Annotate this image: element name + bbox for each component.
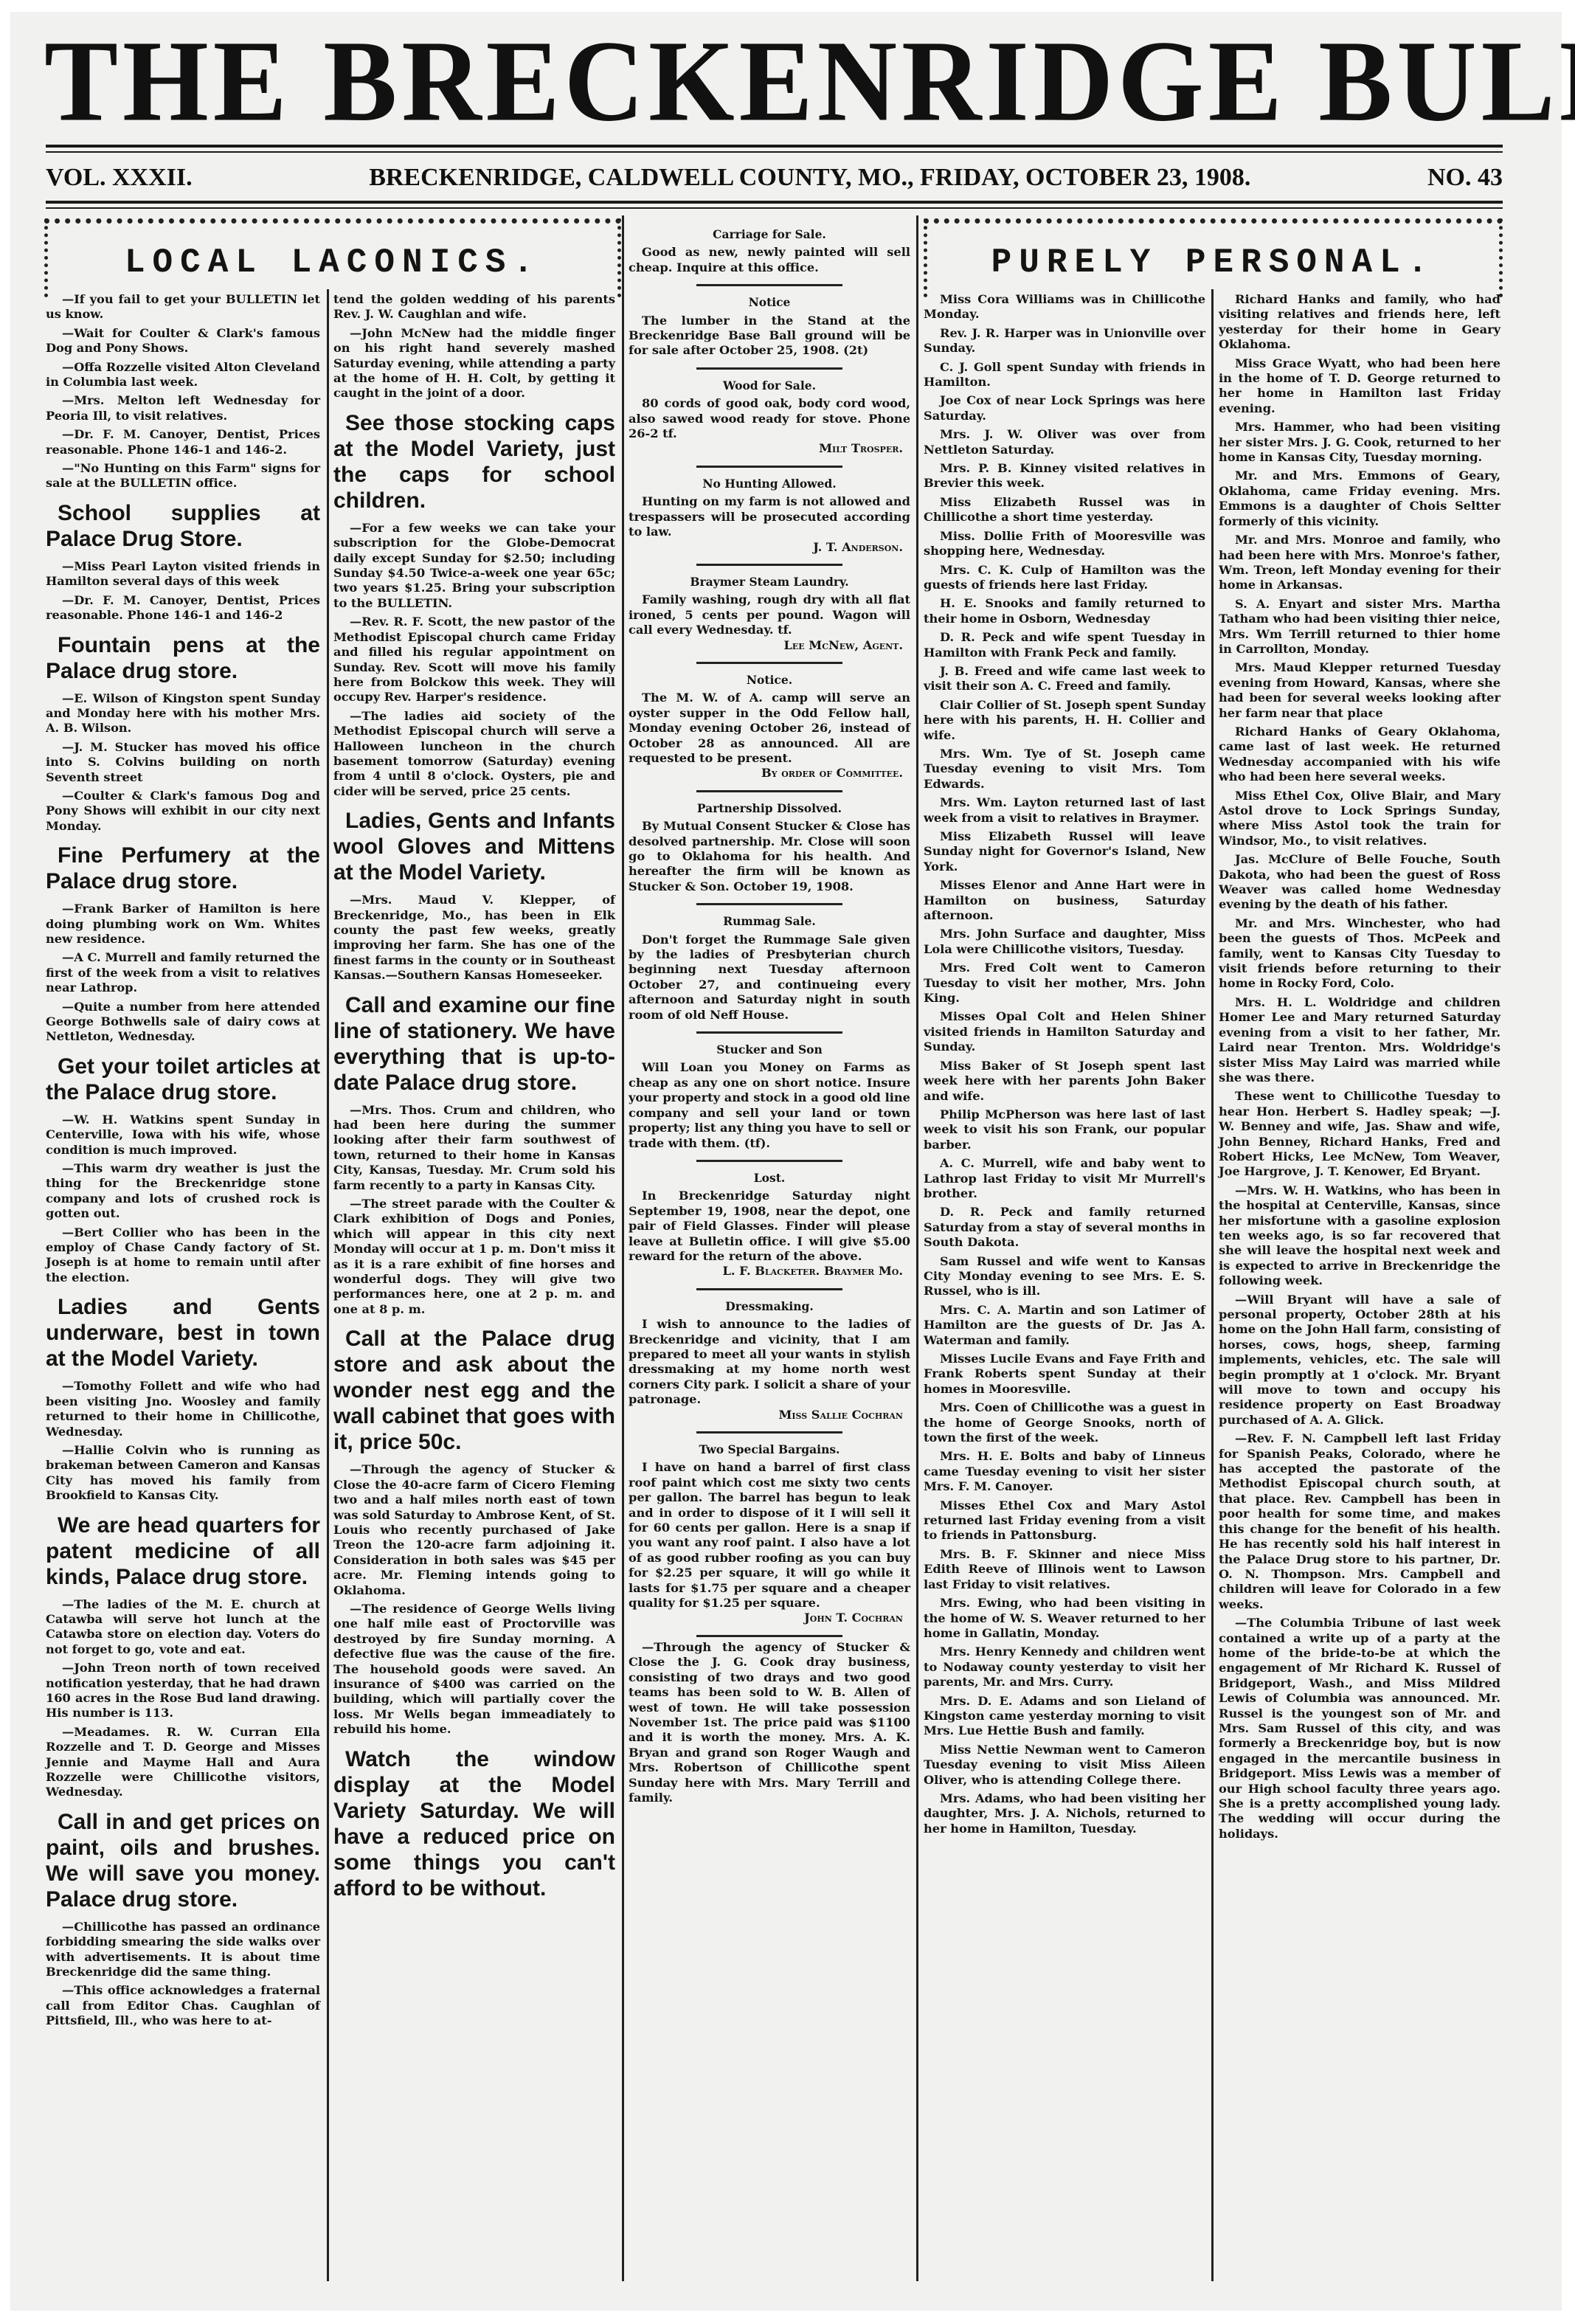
divider	[696, 1160, 843, 1162]
masthead-title: THE BRECKENRIDGE BULLETIN.	[44, 27, 1512, 136]
classified-notice: Carriage for Sale.Good as new, newly pai…	[629, 227, 910, 275]
notice-body: By Mutual Consent Stucker & Close has de…	[629, 819, 910, 894]
notice-body: Hunting on my farm is not allowed and tr…	[629, 494, 910, 539]
personal-item: J. B. Freed and wife came last week to v…	[924, 664, 1205, 694]
advertisement: Call at the Palace drug store and ask ab…	[333, 1326, 615, 1455]
personal-item: Rev. J. R. Harper was in Unionville over…	[924, 326, 1205, 356]
news-item: —For a few weeks we can take your subscr…	[333, 521, 615, 611]
classified-notice: Wood for Sale.80 cords of good oak, body…	[629, 367, 910, 457]
personal-item: Mrs. C. K. Culp of Hamilton was the gues…	[924, 563, 1205, 593]
advertisement: Call in and get prices on paint, oils an…	[46, 1809, 320, 1912]
divider	[696, 1288, 843, 1290]
personal-item: Misses Opal Colt and Helen Shiner visite…	[924, 1009, 1205, 1054]
news-item: tend the golden wedding of his parents R…	[333, 292, 615, 322]
column-rule-3	[916, 215, 918, 2281]
classified-notice: Notice.The M. W. of A. camp will serve a…	[629, 662, 910, 781]
personal-item: Sam Russel and wife went to Kansas City …	[924, 1254, 1205, 1299]
notice-body: In Breckenridge Saturday night September…	[629, 1189, 910, 1264]
news-item: —The street parade with the Coulter & Cl…	[333, 1197, 615, 1317]
news-item: —J. M. Stucker has moved his office into…	[46, 740, 320, 785]
section-heading-local-laconics: LOCAL LACONICS.	[48, 244, 617, 281]
personal-item: Mrs. Wm. Layton returned last of last we…	[924, 795, 1205, 826]
personal-item: Mrs. D. E. Adams and son Lieland of King…	[924, 1694, 1205, 1739]
classified-notice: Stucker and SonWill Loan you Money on Fa…	[629, 1031, 910, 1151]
column-classifieds: Carriage for Sale.Good as new, newly pai…	[629, 218, 910, 1805]
personal-item: —Will Bryant will have a sale of persona…	[1219, 1293, 1500, 1428]
news-item: —E. Wilson of Kingston spent Sunday and …	[46, 691, 320, 736]
news-item: —Dr. F. M. Canoyer, Dentist, Prices reas…	[46, 427, 320, 457]
notice-heading: Rummag Sale.	[629, 914, 910, 929]
personal-item: Mrs. H. L. Woldridge and children Homer …	[1219, 995, 1500, 1085]
notice-heading: Lost.	[629, 1171, 910, 1186]
column-rule-4	[1211, 289, 1214, 2281]
news-item: —Mrs. Maud V. Klepper, of Breckenridge, …	[333, 893, 615, 983]
advertisement: Fine Perfumery at the Palace drug store.	[46, 843, 320, 894]
notice-signature: L. F. Blacketer. Braymer Mo.	[629, 1264, 903, 1279]
news-item: —John McNew had the middle finger on his…	[333, 326, 615, 401]
column-local-laconics-2: tend the golden wedding of his parents R…	[333, 292, 615, 1909]
personal-item: Mrs. H. E. Bolts and baby of Linneus cam…	[924, 1449, 1205, 1494]
advertisement: We are head quarters for patent medicine…	[46, 1512, 320, 1590]
personal-item: Mr. and Mrs. Monroe and family, who had …	[1219, 533, 1500, 593]
dateline-rule-bottom	[46, 201, 1503, 204]
news-item: —Frank Barker of Hamilton is here doing …	[46, 902, 320, 947]
divider	[696, 903, 843, 905]
personal-item: —Rev. F. N. Campbell left last Friday fo…	[1219, 1431, 1500, 1612]
news-item: —Tomothy Follett and wife who had been v…	[46, 1379, 320, 1439]
column-rule-1	[327, 289, 329, 2281]
personal-item: Joe Cox of near Lock Springs was here Sa…	[924, 393, 1205, 423]
classified-notice: —Through the agency of Stucker & Close t…	[629, 1635, 910, 1805]
classified-notice: Braymer Steam Laundry.Family washing, ro…	[629, 564, 910, 653]
news-item: —Mrs. Melton left Wednesday for Peoria I…	[46, 393, 320, 423]
personal-item: —Mrs. W. H. Watkins, who has been in the…	[1219, 1183, 1500, 1289]
divider	[696, 790, 843, 792]
personal-item: Richard Hanks and family, who had visiti…	[1219, 292, 1500, 353]
notice-heading: No Hunting Allowed.	[629, 477, 910, 491]
news-item: —Mrs. Thos. Crum and children, who had b…	[333, 1103, 615, 1193]
news-item: —This warm dry weather is just the thing…	[46, 1161, 320, 1222]
divider	[696, 662, 843, 664]
masthead-rule-top	[46, 145, 1503, 148]
personal-item: Mrs. Fred Colt went to Cameron Tuesday t…	[924, 961, 1205, 1006]
personal-item: Miss Cora Williams was in Chillicothe Mo…	[924, 292, 1205, 322]
divider	[696, 284, 843, 286]
notice-body: Will Loan you Money on Farms as cheap as…	[629, 1060, 910, 1150]
advertisement: Get your toilet articles at the Palace d…	[46, 1054, 320, 1105]
personal-item: Miss Nettie Newman went to Cameron Tuesd…	[924, 1743, 1205, 1788]
notice-body: Good as new, newly painted will sell che…	[629, 245, 910, 275]
news-item: —This office acknowledges a fraternal ca…	[46, 1983, 320, 2028]
dateline-rule-bottom-thin	[46, 207, 1503, 209]
notice-signature: By order of Committee.	[629, 766, 903, 781]
personal-item: Miss Elizabeth Russel will leave Sunday …	[924, 829, 1205, 874]
personal-item: Mrs. Hammer, who had been visiting her s…	[1219, 420, 1500, 465]
notice-body: The M. W. of A. camp will serve an oyste…	[629, 691, 910, 766]
news-item: —The ladies aid society of the Methodist…	[333, 709, 615, 799]
notice-signature: Lee McNew, Agent.	[629, 638, 903, 653]
news-item: —Rev. R. F. Scott, the new pastor of the…	[333, 615, 615, 705]
advertisement: See those stocking caps at the Model Var…	[333, 410, 615, 513]
divider	[696, 367, 843, 370]
divider	[696, 1031, 843, 1034]
news-item: —Through the agency of Stucker & Close t…	[333, 1462, 615, 1598]
news-item: —Quite a number from here attended Georg…	[46, 1000, 320, 1045]
news-item: —A C. Murrell and family returned the fi…	[46, 950, 320, 995]
column-purely-personal-2: Richard Hanks and family, who had visiti…	[1219, 292, 1500, 1845]
personal-item: Miss. Dollie Frith of Mooresville was sh…	[924, 529, 1205, 559]
personal-item: Mrs. Coen of Chillicothe was a guest in …	[924, 1400, 1205, 1445]
news-item: —W. H. Watkins spent Sunday in Centervil…	[46, 1113, 320, 1158]
news-item: —Bert Collier who has been in the employ…	[46, 1225, 320, 1286]
section-heading-purely-personal: PURELY PERSONAL.	[927, 244, 1499, 281]
notice-body: —Through the agency of Stucker & Close t…	[629, 1640, 910, 1805]
classified-notice: Rummag Sale.Don't forget the Rummage Sal…	[629, 903, 910, 1023]
news-item: —If you fail to get your BULLETIN let us…	[46, 292, 320, 322]
notice-heading: Wood for Sale.	[629, 378, 910, 393]
masthead-rule-top-thin	[46, 151, 1503, 153]
news-item: —John Treon north of town received notif…	[46, 1661, 320, 1721]
news-item: —The ladies of the M. E. church at Cataw…	[46, 1597, 320, 1658]
personal-item: D. R. Peck and family returned Saturday …	[924, 1205, 1205, 1250]
personal-item: S. A. Enyart and sister Mrs. Martha Tath…	[1219, 597, 1500, 657]
notice-heading: Stucker and Son	[629, 1042, 910, 1057]
notice-heading: Carriage for Sale.	[629, 227, 910, 242]
news-item: —Wait for Coulter & Clark's famous Dog a…	[46, 326, 320, 356]
notice-signature: Milt Trosper.	[629, 441, 903, 456]
classified-notice: NoticeThe lumber in the Stand at the Bre…	[629, 284, 910, 359]
news-item: —Coulter & Clark's famous Dog and Pony S…	[46, 789, 320, 834]
personal-item: Miss Ethel Cox, Olive Blair, and Mary As…	[1219, 789, 1500, 849]
notice-heading: Dressmaking.	[629, 1299, 910, 1314]
personal-item: Mrs. Adams, who had been visiting her da…	[924, 1791, 1205, 1836]
news-item: —Hallie Colvin who is running as brakema…	[46, 1443, 320, 1504]
news-item: —Offa Rozzelle visited Alton Cleveland i…	[46, 360, 320, 390]
news-item: —Miss Pearl Layton visited friends in Ha…	[46, 559, 320, 589]
advertisement: School supplies at Palace Drug Store.	[46, 500, 320, 552]
personal-item: —The Columbia Tribune of last week conta…	[1219, 1616, 1500, 1841]
personal-item: Miss Baker of St Joseph spent last week …	[924, 1059, 1205, 1104]
advertisement: Call and examine our fine line of statio…	[333, 992, 615, 1096]
dateline: VOL. XXXII. BRECKENRIDGE, CALDWELL COUNT…	[46, 161, 1503, 195]
divider	[696, 1635, 843, 1637]
personal-item: Richard Hanks of Geary Oklahoma, came la…	[1219, 724, 1500, 785]
classified-notice: Two Special Bargains.I have on hand a ba…	[629, 1431, 910, 1626]
personal-item: Mrs. B. F. Skinner and niece Miss Edith …	[924, 1547, 1205, 1592]
column-local-laconics-1: —If you fail to get your BULLETIN let us…	[46, 292, 320, 2033]
divider	[696, 1431, 843, 1434]
personal-item: Miss Elizabeth Russel was in Chillicothe…	[924, 495, 1205, 525]
advertisement: Fountain pens at the Palace drug store.	[46, 632, 320, 684]
personal-item: Mr. and Mrs. Winchester, who had been th…	[1219, 916, 1500, 992]
personal-item: Mrs. Wm. Tye of St. Joseph came Tuesday …	[924, 747, 1205, 792]
personal-item: Mrs. P. B. Kinney visited relatives in B…	[924, 461, 1205, 491]
notice-body: I have on hand a barrel of first class r…	[629, 1460, 910, 1611]
news-item: —Chillicothe has passed an ordinance for…	[46, 1920, 320, 1980]
advertisement: Ladies and Gents underware, best in town…	[46, 1294, 320, 1372]
news-item: —The residence of George Wells living on…	[333, 1602, 615, 1737]
personal-item: Mrs. Maud Klepper returned Tuesday eveni…	[1219, 660, 1500, 721]
news-item: —Dr. F. M. Canoyer, Dentist, Prices reas…	[46, 593, 320, 623]
notice-heading: Braymer Steam Laundry.	[629, 575, 910, 589]
issue-number: NO. 43	[1427, 161, 1503, 195]
personal-item: Clair Collier of St. Joseph spent Sunday…	[924, 698, 1205, 743]
notice-body: I wish to announce to the ladies of Brec…	[629, 1317, 910, 1407]
personal-item: A. C. Murrell, wife and baby went to Lat…	[924, 1156, 1205, 1201]
classified-notice: Lost.In Breckenridge Saturday night Sept…	[629, 1160, 910, 1279]
personal-item: These went to Chillicothe Tuesday to hea…	[1219, 1089, 1500, 1179]
personal-item: Mr. and Mrs. Emmons of Geary, Oklahoma, …	[1219, 468, 1500, 529]
place-date: BRECKENRIDGE, CALDWELL COUNTY, MO., FRID…	[369, 161, 1250, 195]
notice-body: Don't forget the Rummage Sale given by t…	[629, 933, 910, 1023]
classified-notice: No Hunting Allowed.Hunting on my farm is…	[629, 466, 910, 555]
news-item: —"No Hunting on this Farm" signs for sal…	[46, 461, 320, 491]
personal-item: Misses Ethel Cox and Mary Astol returned…	[924, 1498, 1205, 1543]
advertisement: Watch the window display at the Model Va…	[333, 1746, 615, 1901]
divider	[696, 564, 843, 566]
notice-signature: Miss Sallie Cochran	[629, 1408, 903, 1422]
personal-item: Mrs. C. A. Martin and son Latimer of Ham…	[924, 1303, 1205, 1348]
notice-body: The lumber in the Stand at the Breckenri…	[629, 314, 910, 359]
volume-label: VOL. XXXII.	[46, 161, 193, 195]
notice-body: Family washing, rough dry with all flat …	[629, 592, 910, 637]
personal-item: H. E. Snooks and family returned to thei…	[924, 596, 1205, 626]
personal-item: Jas. McClure of Belle Fouche, South Dako…	[1219, 852, 1500, 913]
personal-item: Misses Elenor and Anne Hart were in Hami…	[924, 878, 1205, 923]
notice-heading: Two Special Bargains.	[629, 1442, 910, 1457]
personal-item: C. J. Goll spent Sunday with friends in …	[924, 360, 1205, 390]
classified-notice: Dressmaking.I wish to announce to the la…	[629, 1288, 910, 1422]
notice-heading: Partnership Dissolved.	[629, 801, 910, 816]
personal-item: Mrs. J. W. Oliver was over from Nettleto…	[924, 427, 1205, 457]
notice-body: 80 cords of good oak, body cord wood, al…	[629, 396, 910, 441]
personal-item: Misses Lucile Evans and Faye Frith and F…	[924, 1352, 1205, 1397]
column-purely-personal-1: Miss Cora Williams was in Chillicothe Mo…	[924, 292, 1205, 1840]
notice-heading: Notice	[629, 295, 910, 310]
notice-heading: Notice.	[629, 673, 910, 688]
personal-item: Mrs. John Surface and daughter, Miss Lol…	[924, 927, 1205, 957]
notice-signature: John T. Cochran	[629, 1611, 903, 1625]
classified-notice: Partnership Dissolved.By Mutual Consent …	[629, 790, 910, 894]
column-rule-2	[622, 215, 624, 2281]
personal-item: Miss Grace Wyatt, who had been here in t…	[1219, 356, 1500, 417]
advertisement: Ladies, Gents and Infants wool Gloves an…	[333, 808, 615, 885]
personal-item: Mrs. Henry Kennedy and children went to …	[924, 1645, 1205, 1690]
news-item: —Meadames. R. W. Curran Ella Rozzelle an…	[46, 1725, 320, 1800]
notice-signature: J. T. Anderson.	[629, 540, 903, 555]
divider	[696, 466, 843, 468]
personal-item: Mrs. Ewing, who had been visiting in the…	[924, 1596, 1205, 1641]
personal-item: D. R. Peck and wife spent Tuesday in Ham…	[924, 630, 1205, 660]
personal-item: Philip McPherson was here last of last w…	[924, 1107, 1205, 1152]
